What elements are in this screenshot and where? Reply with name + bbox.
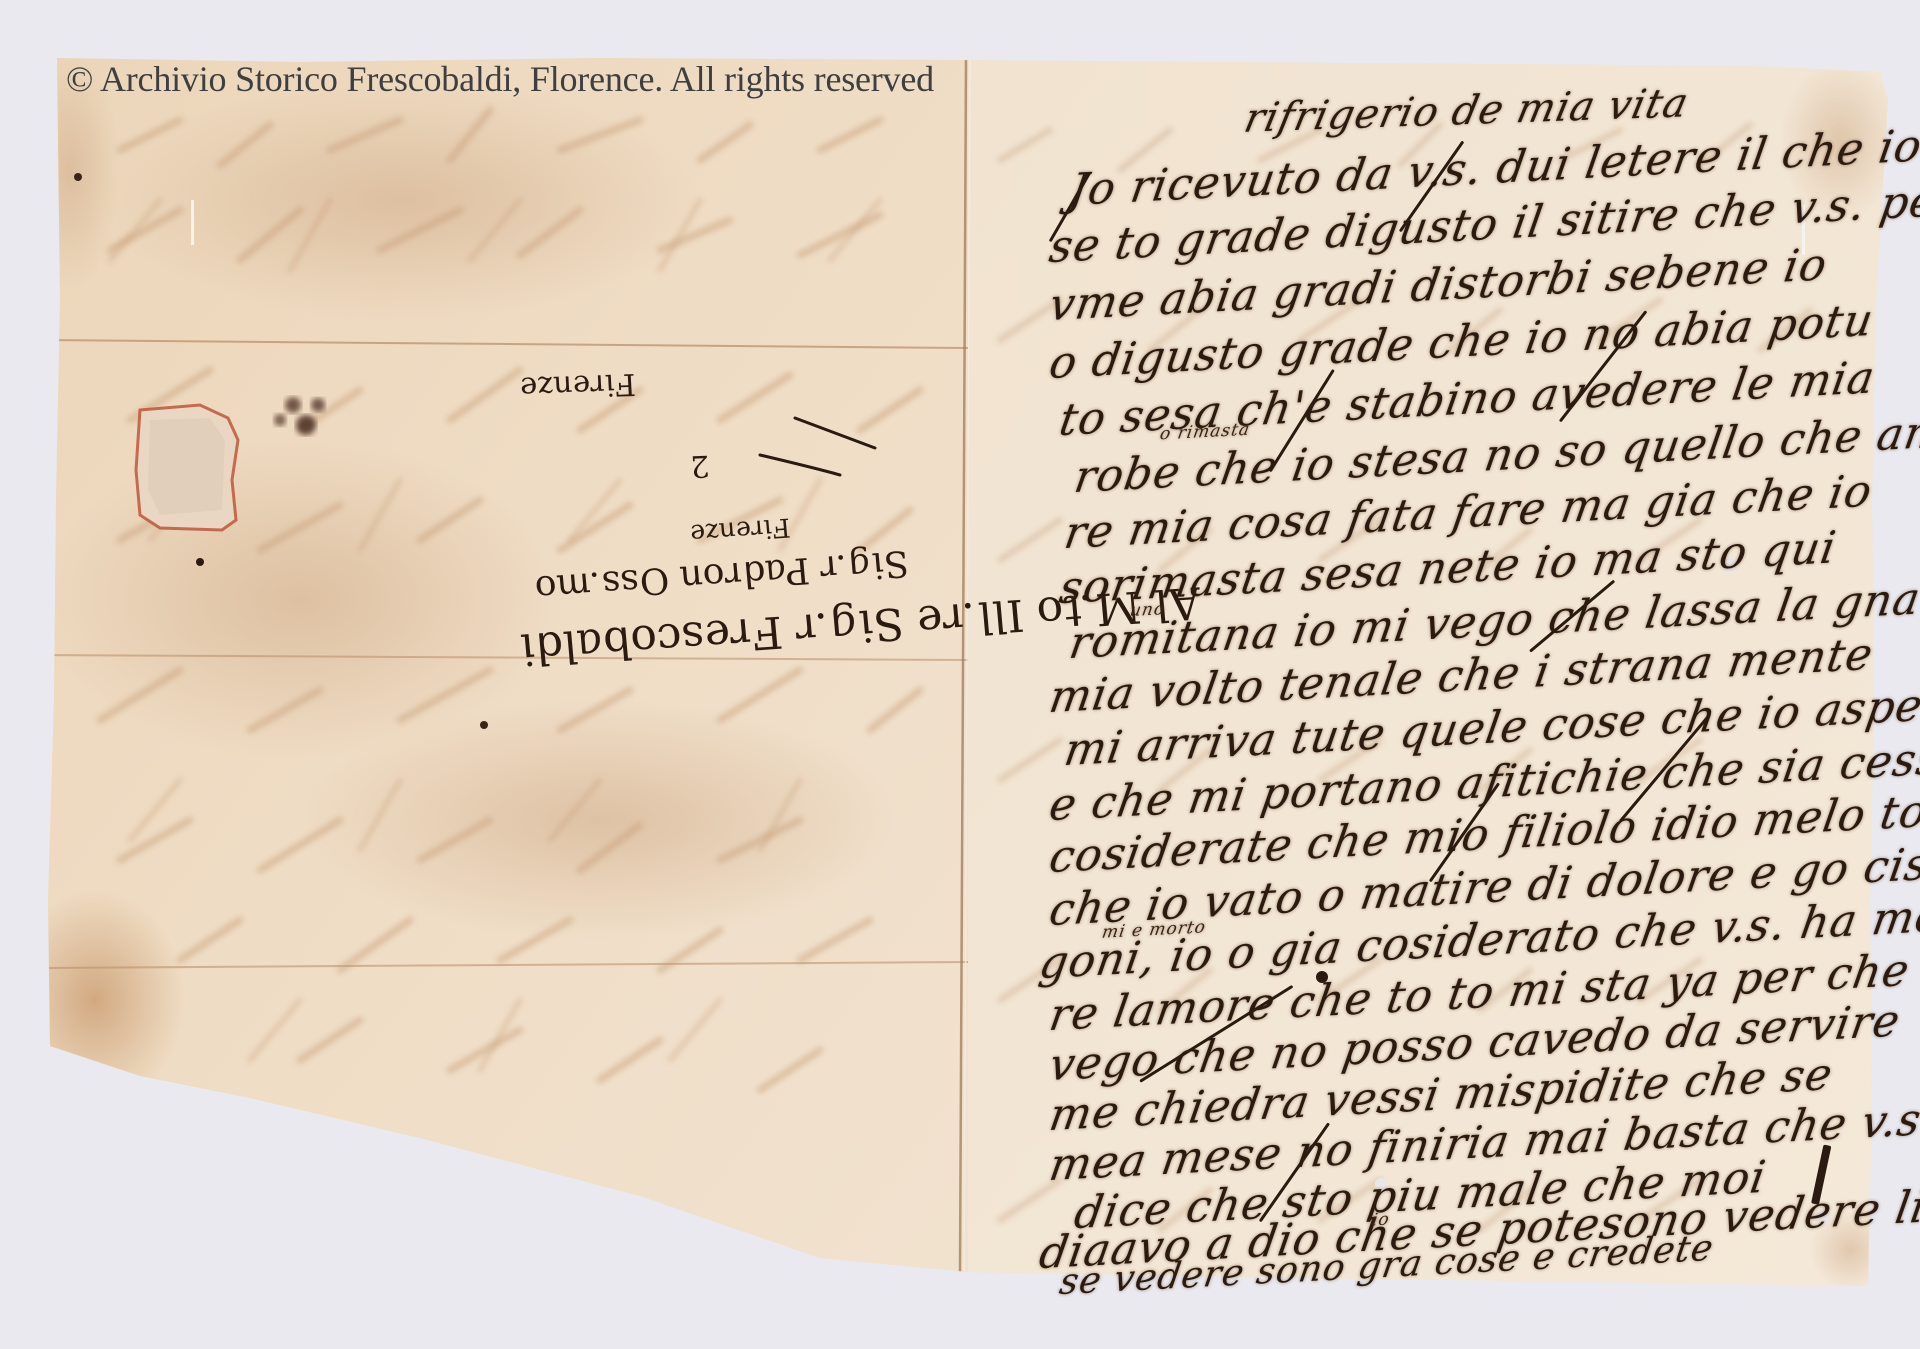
copyright-notice: © Archivio Storico Frescobaldi, Florence… [66, 58, 934, 100]
address-double-stroke [755, 410, 885, 480]
document-scan: © Archivio Storico Frescobaldi, Florence… [0, 0, 1920, 1349]
interlinear-note: io [1370, 1209, 1391, 1230]
interlinear-note: uno [1128, 599, 1166, 621]
address-top-word: Firenze [516, 366, 640, 405]
